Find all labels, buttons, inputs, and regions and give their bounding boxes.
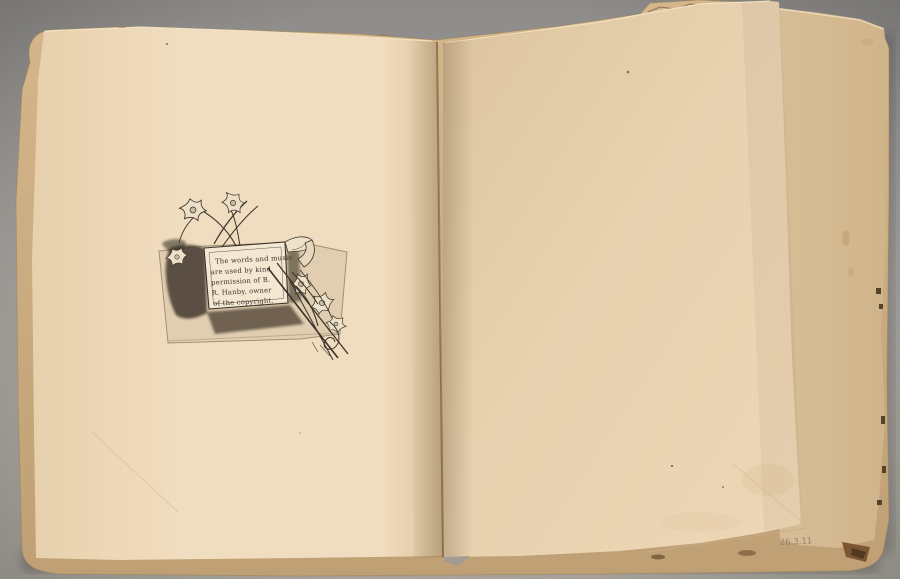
wear-spot bbox=[882, 466, 886, 473]
wear-spot bbox=[378, 34, 388, 36]
foxing-stain bbox=[842, 230, 850, 246]
wear-chip bbox=[738, 550, 756, 556]
foxing-speck bbox=[722, 486, 724, 488]
gutter-shade-right bbox=[443, 39, 474, 557]
wear-spot bbox=[879, 304, 883, 309]
foxing-stain bbox=[848, 267, 854, 277]
wear-chip bbox=[651, 555, 665, 560]
faint-stain bbox=[660, 512, 740, 532]
pencil-inscription: 26.3.11 bbox=[780, 536, 813, 548]
foxing-stain bbox=[862, 39, 874, 45]
wear-spot bbox=[881, 416, 885, 424]
faint-stain bbox=[742, 464, 794, 496]
wear-spot bbox=[876, 288, 881, 294]
foxing-speck bbox=[166, 43, 168, 45]
photo-of-open-book: The words and music are used by kind per… bbox=[0, 0, 900, 579]
right-page bbox=[443, 1, 806, 557]
book-photo-canvas: The words and music are used by kind per… bbox=[0, 0, 900, 579]
foxing-speck bbox=[299, 432, 301, 434]
wear-spot bbox=[877, 500, 882, 505]
wear-spot bbox=[118, 26, 126, 28]
foxing-speck bbox=[671, 465, 673, 467]
foxing-speck bbox=[627, 71, 630, 74]
